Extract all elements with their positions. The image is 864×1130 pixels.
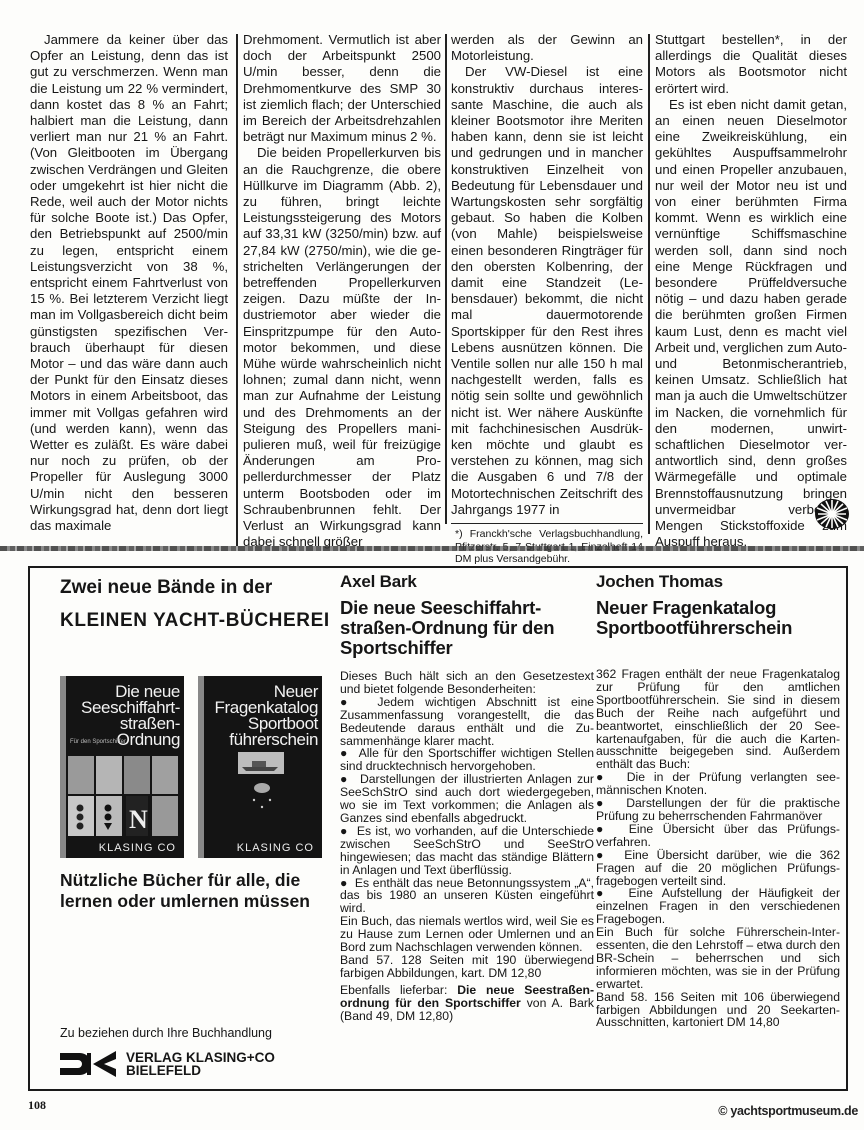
book-title: Die neue Seeschiffahrt­straßen-Ordnung f… <box>340 598 594 658</box>
article-paragraph: Es ist eben nicht damit ge­tan, an einen… <box>655 97 847 551</box>
book-details: Band 58. 156 Seiten mit 106 überwiegend … <box>596 991 840 1030</box>
feature-bullet: Alle für den Sportschiffer wichtigen Ste… <box>340 747 594 773</box>
footnote-divider <box>451 523 643 524</box>
article-column-4: Stuttgart bestellen*, in der allerdings … <box>655 32 847 551</box>
book-cover-publisher: KLASING CO <box>237 842 314 854</box>
ship-and-knot-illustration-icon <box>238 752 284 812</box>
column-divider <box>445 34 447 524</box>
feature-bullet: Die in der Prüfung verlangten see­männis… <box>596 771 840 797</box>
book-intro: Dieses Buch hält sich an den Gesetzes­te… <box>340 670 594 696</box>
feature-bullet: Eine Übersicht darüber, wie die 362 Frag… <box>596 849 840 888</box>
article-paragraph: Stuttgart bestellen*, in der allerdings … <box>655 32 847 97</box>
article-paragraph: Der VW-Diesel ist eine konstruktiv durch… <box>451 64 643 518</box>
article-paragraph: Die beiden Propellerkurven bis an die Ra… <box>243 145 441 550</box>
column-divider <box>648 34 650 534</box>
article-column-2: Drehmoment. Vermutlich ist aber doch der… <box>243 32 441 551</box>
ad-series-panel: Zwei neue Bände in der KLEINEN YACHT-BÜC… <box>60 576 350 633</box>
svg-text:N: N <box>129 805 148 834</box>
column-divider <box>236 34 238 546</box>
publisher-block: VERLAG KLASING+CO BIELEFELD <box>60 1051 275 1077</box>
page-number: 108 <box>28 1098 46 1113</box>
feature-bullet: Darstellungen der für die praktische Prü… <box>596 797 840 823</box>
feature-bullet: Eine Aufstellung der Häufigkeit der einz… <box>596 887 840 926</box>
feature-bullet: Jedem wichtigen Abschnitt ist eine Zusam… <box>340 696 594 748</box>
book-description: Dieses Buch hält sich an den Gesetzes­te… <box>340 670 594 1022</box>
book-description: 362 Fragen enthält der neue Fragen­katal… <box>596 668 840 1029</box>
ad-slogan: Nützliche Bücher für alle, die lernen od… <box>60 870 350 912</box>
section-separator <box>0 546 864 551</box>
book-details: Band 57. 128 Seiten mit 190 überwiegend … <box>340 954 594 980</box>
book-cover-subtitle: Für den Sportschiffer <box>70 739 126 746</box>
book-cover-title: Neuer Fragenkatalog Sportboot führersche… <box>215 684 318 748</box>
feature-bullet: Darstellungen der illustrierten Anla­gen… <box>340 773 594 825</box>
article-paragraph: Drehmoment. Vermutlich ist aber doch der… <box>243 32 441 145</box>
feature-bullet: Es ist, wo vorhanden, auf die Unter­schi… <box>340 825 594 877</box>
article-paragraph: werden als der Gewinn an Motorleistung. <box>451 32 643 64</box>
order-note: Zu beziehen durch Ihre Buchhandlung <box>60 1026 272 1040</box>
article-paragraph: Jammere da keiner über das Opfer an Leis… <box>30 32 228 534</box>
publisher-name: VERLAG KLASING+CO BIELEFELD <box>126 1051 275 1077</box>
book-cover-fragenkatalog: Neuer Fragenkatalog Sportboot führersche… <box>198 676 322 858</box>
book-closing: Ein Buch für solche Führerschein-Inter­e… <box>596 926 840 991</box>
book-intro: 362 Fragen enthält der neue Fragen­katal… <box>596 668 840 771</box>
book-author: Jochen Thomas <box>596 572 840 592</box>
watermark: © yachtsportmuseum.de <box>718 1104 858 1118</box>
article-column-1: Jammere da keiner über das Opfer an Leis… <box>30 32 228 534</box>
book-author: Axel Bark <box>340 572 594 592</box>
book-advertisement: Zwei neue Bände in der KLEINEN YACHT-BÜC… <box>28 566 848 1091</box>
navigation-signals-illustration-icon: N <box>68 756 180 836</box>
book-title: Neuer Fragenkatalog Sportbootführerschei… <box>596 598 840 638</box>
book-cover-seeschiffahrt: Die neue Seeschiffahrt- straßen- Ordnung… <box>60 676 184 858</box>
book-cover-publisher: KLASING CO <box>99 842 176 854</box>
book-description-fragenkatalog: Jochen Thomas Neuer Fragenkatalog Sportb… <box>596 572 840 1029</box>
feature-bullet: Es enthält das neue Betonnungs­system „A… <box>340 877 594 916</box>
yacht-logo-end-mark-icon <box>812 496 852 532</box>
article-column-3: werden als der Gewinn an Motorleistung. … <box>451 32 643 566</box>
ad-heading: Zwei neue Bände in der <box>60 576 350 600</box>
book-description-seeschiffahrt: Axel Bark Die neue Seeschiffahrt­straßen… <box>340 572 594 1022</box>
ad-series-name: KLEINEN YACHT-BÜCHEREI <box>60 609 350 633</box>
klasing-dk-logo-icon <box>60 1051 118 1077</box>
book-closing: Ein Buch, das niemals wertlos wird, weil… <box>340 915 594 954</box>
feature-bullet: Eine Übersicht über das Prüfungs­verfahr… <box>596 823 840 849</box>
also-available: Ebenfalls lieferbar: Die neue Seestraßen… <box>340 984 594 1023</box>
